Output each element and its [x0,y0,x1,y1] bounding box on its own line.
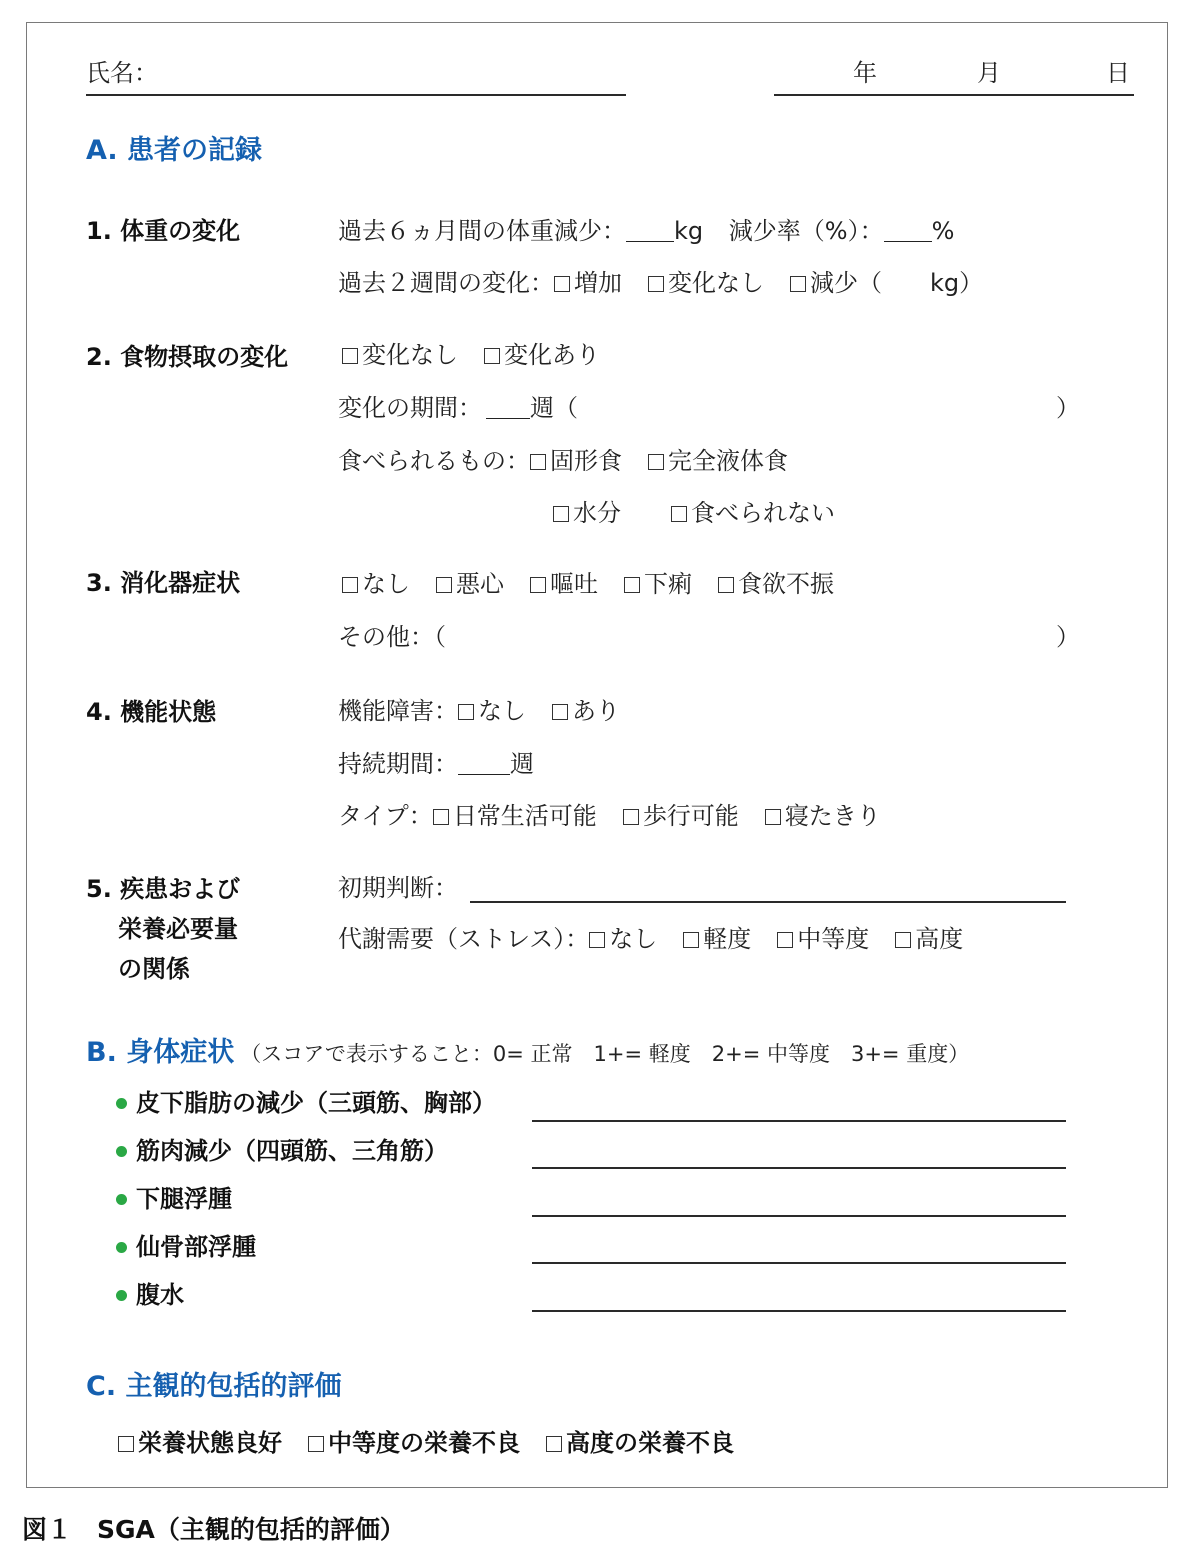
item-5-label-line-3: の関係 [118,954,190,984]
physical-item-score-line[interactable] [532,1167,1066,1169]
change-period-input[interactable] [486,396,530,419]
loss-rate-label: 減少率（%）： [729,217,884,245]
item-1-line-2: 過去２週間の変化：増加変化なし減少（kg） [338,268,983,298]
checkbox-impairment-none[interactable] [458,704,474,720]
option-label: 日常生活可能 [453,802,597,830]
bullet-icon [116,1146,127,1157]
checkbox-stress-none[interactable] [589,932,605,948]
type-label: タイプ： [338,802,433,830]
checkbox-intake-no-change[interactable] [342,348,358,364]
section-a-title: A. 患者の記録 [86,134,262,168]
item-4-line-2: 持続期間：週 [338,749,534,779]
option-label: 食欲不振 [738,570,834,598]
item-2-line-2: 変化の期間：週（ [338,393,578,423]
figure-caption: 図１ SGA（主観的包括的評価） [22,1510,405,1546]
section-c-title: C. 主観的包括的評価 [86,1370,341,1404]
checkbox-water[interactable] [553,506,569,522]
option-label: 水分 [573,499,621,527]
option-label: 減少（ [810,269,882,297]
initial-judgment-label: 初期判断： [338,873,458,903]
option-label: なし [362,570,410,598]
weight-loss-label: 過去６ヵ月間の体重減少： [338,217,626,245]
option-label: 栄養状態良好 [138,1429,282,1457]
physical-item-label: 皮下脂肪の減少（三頭筋、胸部） [136,1088,496,1118]
option-label: 寝たきり [785,802,881,830]
option-label: 食べられない [691,499,835,527]
option-label: なし [478,697,526,725]
date-field-line[interactable] [774,94,1134,96]
section-b-heading: B. 身体症状（スコアで表示すること：0= 正常 1+= 軽度 2+= 中等度 … [86,1036,969,1070]
physical-item-score-line[interactable] [532,1215,1066,1217]
gi-other-close: ） [1056,622,1080,652]
weight-loss-input[interactable] [626,219,674,242]
pct-unit: % [932,217,955,245]
item-5-label-line-1: 5. 疾患および [86,874,240,904]
item-3-label: 3. 消化器症状 [86,568,240,598]
option-label: 固形食 [550,447,622,475]
physical-item-score-line[interactable] [532,1310,1066,1312]
checkbox-stress-severe[interactable] [895,932,911,948]
checkbox-stress-mild[interactable] [683,932,699,948]
item-4-line-3: タイプ：日常生活可能歩行可能寝たきり [338,801,881,831]
item-2-label: 2. 食物摂取の変化 [86,342,288,372]
bullet-icon [116,1290,127,1301]
item-4-label: 4. 機能状態 [86,697,216,727]
item-2-line-1: 変化なし変化あり [342,340,600,370]
metabolic-demand-label: 代謝需要（ストレス）： [338,925,589,953]
duration-label: 持続期間： [338,750,458,778]
option-label: 高度の栄養不良 [566,1429,734,1457]
checkbox-vomiting[interactable] [530,577,546,593]
checkbox-daily-living[interactable] [433,809,449,825]
two-week-change-label: 過去２週間の変化： [338,269,554,297]
physical-item-label: 筋肉減少（四頭筋、三角筋） [136,1136,448,1166]
global-assessment-options: 栄養状態良好中等度の栄養不良高度の栄養不良 [118,1428,734,1458]
loss-rate-input[interactable] [884,219,932,242]
item-2-line-3: 食べられるもの：固形食完全液体食 [338,446,788,476]
option-label: 増加 [574,269,622,297]
option-label: 嘔吐 [550,570,598,598]
change-period-label: 変化の期間： [338,394,482,422]
item-1-label: 1. 体重の変化 [86,216,240,246]
checkbox-moderate-malnutrition[interactable] [308,1436,324,1452]
item-5-label-line-2: 栄養必要量 [118,914,238,944]
name-field-line[interactable] [86,94,626,96]
checkbox-anorexia[interactable] [718,577,734,593]
section-b-title: B. 身体症状 [86,1037,234,1068]
checkbox-diarrhea[interactable] [624,577,640,593]
bullet-icon [116,1242,127,1253]
physical-item-score-line[interactable] [532,1262,1066,1264]
option-label: 変化なし [668,269,764,297]
item-5-line-2: 代謝需要（ストレス）：なし軽度中等度高度 [338,924,963,954]
checkbox-no-change[interactable] [648,276,664,292]
option-label: あり [572,697,620,725]
checkbox-increase[interactable] [554,276,570,292]
option-label: なし [609,925,657,953]
option-label: 中等度 [797,925,869,953]
initial-judgment-line[interactable] [470,901,1066,903]
option-label: 歩行可能 [643,802,739,830]
checkbox-cannot-eat[interactable] [671,506,687,522]
week-unit: 週（ [530,394,578,422]
option-label: 悪心 [456,570,504,598]
checkbox-intake-changed[interactable] [484,348,500,364]
duration-input[interactable] [458,752,510,775]
checkbox-nausea[interactable] [436,577,452,593]
item-3-line-1: なし悪心嘔吐下痢食欲不振 [342,569,834,599]
physical-item-label: 腹水 [136,1280,184,1310]
date-day-label: 日 [1106,58,1130,88]
checkbox-stress-moderate[interactable] [777,932,793,948]
option-label: 変化あり [504,341,600,369]
impairment-label: 機能障害： [338,697,458,725]
week-unit: 週 [510,750,534,778]
option-label: 変化なし [362,341,458,369]
item-1-line-1: 過去６ヵ月間の体重減少：kg 減少率（%）：% [338,216,954,246]
physical-item-label: 仙骨部浮腫 [136,1232,256,1262]
gi-other-label: その他：（ [338,622,446,652]
kg-close: kg） [930,269,983,297]
checkbox-severe-malnutrition[interactable] [546,1436,562,1452]
physical-item-label: 下腿浮腫 [136,1184,232,1214]
option-label: 下痢 [644,570,692,598]
option-label: 中等度の栄養不良 [328,1429,520,1457]
option-label: 軽度 [703,925,751,953]
checkbox-ambulatory[interactable] [623,809,639,825]
option-label: 完全液体食 [668,447,788,475]
bullet-icon [116,1098,127,1109]
bullet-icon [116,1194,127,1205]
date-month-label: 月 [977,58,1001,88]
edible-label: 食べられるもの： [338,447,530,475]
kg-unit: kg [674,217,703,245]
name-label: 氏名： [86,58,158,88]
item-4-line-1: 機能障害：なしあり [338,696,620,726]
checkbox-liquid-diet[interactable] [648,454,664,470]
checkbox-decrease[interactable] [790,276,806,292]
checkbox-well-nourished[interactable] [118,1436,134,1452]
checkbox-gi-none[interactable] [342,577,358,593]
checkbox-impairment-yes[interactable] [552,704,568,720]
item-2-close-paren: ） [1056,393,1080,423]
option-label: 高度 [915,925,963,953]
physical-item-score-line[interactable] [532,1120,1066,1122]
checkbox-solid-food[interactable] [530,454,546,470]
item-2-line-4: 水分食べられない [553,498,835,528]
date-year-label: 年 [853,58,877,88]
score-legend: （スコアで表示すること：0= 正常 1+= 軽度 2+= 中等度 3+= 重度） [240,1042,969,1066]
checkbox-bedridden[interactable] [765,809,781,825]
